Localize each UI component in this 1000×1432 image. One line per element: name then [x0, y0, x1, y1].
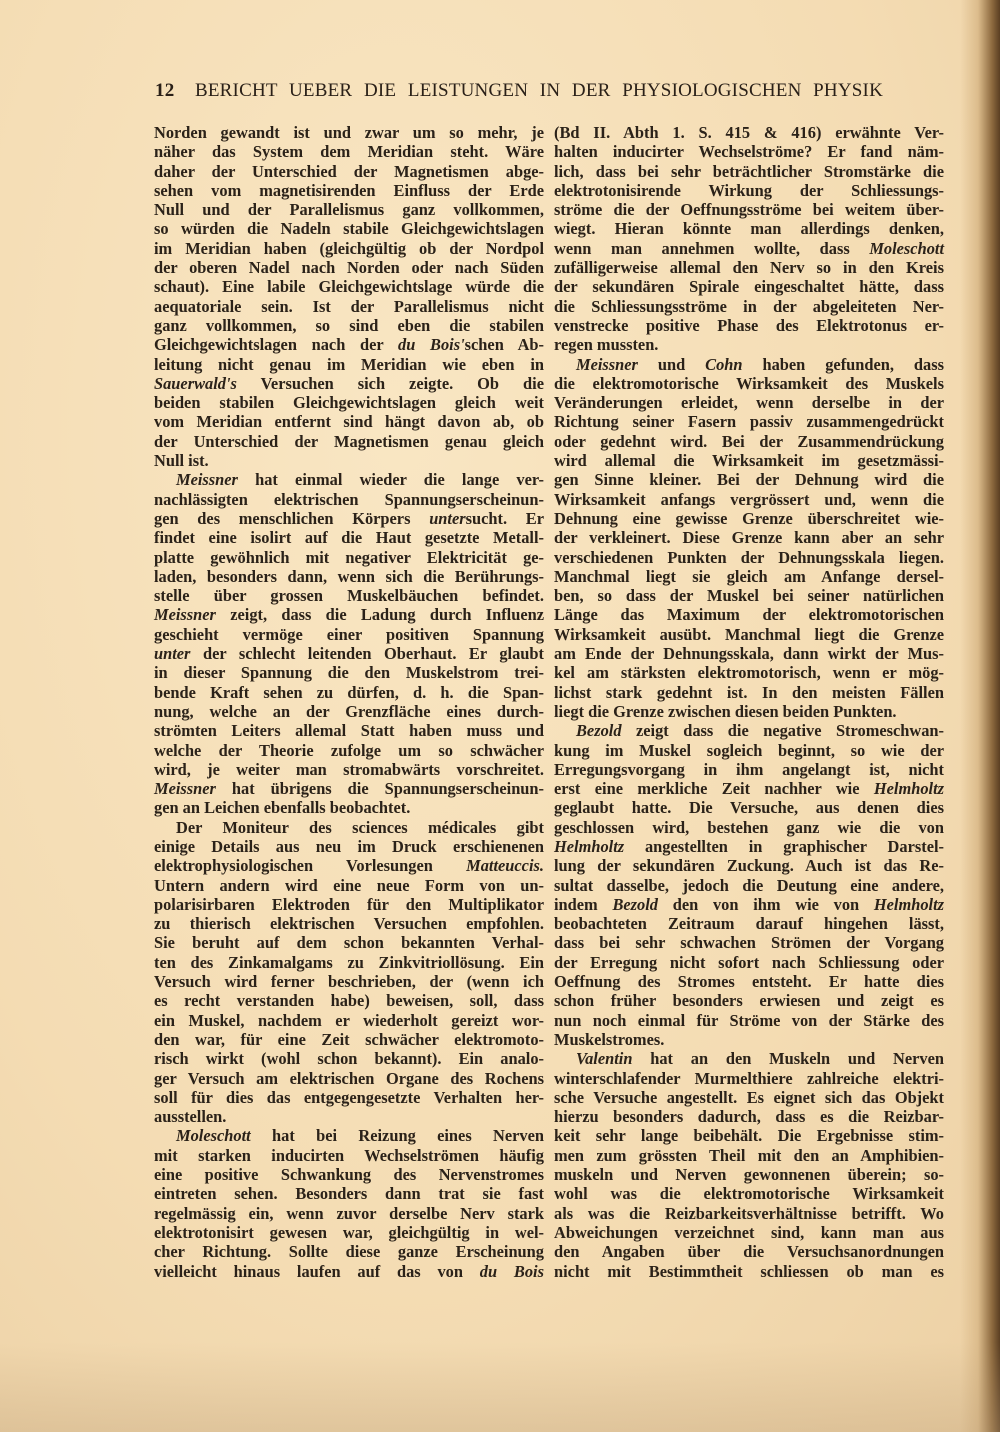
text-line: sultat dasselbe, jedoch die Deutung eine… — [554, 876, 944, 895]
text-line: Moleschott hat bei Reizung eines Nerven — [154, 1126, 544, 1145]
text-line: geschlossen wird, bestehen ganz wie die … — [554, 818, 944, 837]
text-line: Meissner hat übrigens die Spannungsersch… — [154, 779, 544, 798]
text-line: stelle über grossen Muskelbäuchen befind… — [154, 586, 544, 605]
text-line: Wirksamkeit ausübt. Manchmal liegt die G… — [554, 625, 944, 644]
text-line: Muskelstromes. — [554, 1030, 944, 1049]
text-line: Länge das Maximum der elektromotorischen — [554, 605, 944, 624]
page-bottom-shade — [0, 1342, 1000, 1432]
text-line: Helmholtz angestellten in graphischer Da… — [554, 837, 944, 856]
text-line: polarisirbaren Elektroden für den Multip… — [154, 895, 544, 914]
text-line: kung im Muskel sogleich beginnt, so wie … — [554, 741, 944, 760]
text-line: geglaubt hatte. Die Versuche, aus denen … — [554, 798, 944, 817]
text-line: ganz vollkommen, so sind eben die stabil… — [154, 316, 544, 335]
text-line: Sauerwald's Versuchen sich zeigte. Ob di… — [154, 374, 544, 393]
text-line: ein Muskel, nachdem er wiederholt gereiz… — [154, 1011, 544, 1030]
text-line: nicht mit Bestimmtheit schliessen ob man… — [554, 1262, 944, 1281]
text-line: strömten Leiters allemal Statt haben mus… — [154, 721, 544, 740]
text-line: gen des menschlichen Körpers untersucht.… — [154, 509, 544, 528]
text-line: leitung nicht genau im Meridian wie eben… — [154, 355, 544, 374]
text-line: Richtung seiner Fasern passiv zusammenge… — [554, 412, 944, 431]
text-line: Bezold zeigt dass die negative Stromesch… — [554, 721, 944, 740]
text-line: laden, besonders dann, wenn sich die Ber… — [154, 567, 544, 586]
text-line: der oberen Nadel nach Norden oder nach S… — [154, 258, 544, 277]
text-line: Norden gewandt ist und zwar um so mehr, … — [154, 123, 544, 142]
text-line: lung der sekundären Zuckung. Auch ist da… — [554, 856, 944, 875]
text-line: aequatoriale sein. Ist der Parallelismus… — [154, 297, 544, 316]
text-line: men zum grössten Theil mit den an Amphib… — [554, 1146, 944, 1165]
text-line: unter der schlecht leitenden Oberhaut. E… — [154, 644, 544, 663]
page-binding-edge — [960, 0, 1000, 1432]
text-line: daher der Unterschied der Magnetismen ab… — [154, 162, 544, 181]
text-line: kel am stärksten elektromotorisch, wenn … — [554, 663, 944, 682]
text-line: geschieht vermöge einer positiven Spannu… — [154, 625, 544, 644]
text-line: es recht verstanden habe) beweisen, soll… — [154, 991, 544, 1010]
text-line: im Meridian haben (gleichgültig ob der N… — [154, 239, 544, 258]
text-line: Null ist. — [154, 451, 544, 470]
text-line: den Angaben über die Versuchsanordnungen — [554, 1242, 944, 1261]
text-line: so würden die Nadeln stabile Gleichgewic… — [154, 219, 544, 238]
text-line: nun noch einmal für Ströme von der Stärk… — [554, 1011, 944, 1030]
text-line: wenn man annehmen wollte, dass Moleschot… — [554, 239, 944, 258]
text-line: schon früher besonders erwiesen und zeig… — [554, 991, 944, 1010]
text-line: die elektromotorische Wirksamkeit des Mu… — [554, 374, 944, 393]
text-line: verschiedenen Punkten der Dehnungsskala … — [554, 548, 944, 567]
text-line: einige Details aus neu im Druck erschien… — [154, 837, 544, 856]
text-line: beiden stabilen Gleichgewichtslagen glei… — [154, 393, 544, 412]
text-line: wird allemal die Wirksamkeit im gesetzmä… — [554, 451, 944, 470]
text-line: Der Moniteur des sciences médicales gibt — [154, 818, 544, 837]
text-line: oder gedehnt wird. Bei der Zusammendrück… — [554, 432, 944, 451]
text-line: platte gewöhnlich mit negativer Elektric… — [154, 548, 544, 567]
text-line: in dieser Spannung die den Muskelstrom t… — [154, 663, 544, 682]
text-line: wohl was die elektromotorische Wirksamke… — [554, 1184, 944, 1203]
text-line: nachlässigten elektrischen Spannungsersc… — [154, 490, 544, 509]
text-line: winterschlafender Murmelthiere zahlreich… — [554, 1069, 944, 1088]
text-line: venstrecke positive Phase des Elektroton… — [554, 316, 944, 335]
text-line: cher Richtung. Sollte diese ganze Ersche… — [154, 1242, 544, 1261]
text-line: den war, für eine Zeit schwächer elektro… — [154, 1030, 544, 1049]
text-line: elektrotonisirende Wirkung der Schliessu… — [554, 181, 944, 200]
text-line: gen an Leichen ebenfalls beobachtet. — [154, 798, 544, 817]
text-line: Meissner und Cohn haben gefunden, dass — [554, 355, 944, 374]
text-line: keit sehr lange beibehält. Die Ergebniss… — [554, 1126, 944, 1145]
text-line: Dehnung eine gewisse Grenze überschreite… — [554, 509, 944, 528]
text-line: wiegt. Hieran könnte man allerdings denk… — [554, 219, 944, 238]
text-line: gen Sinne kleiner. Bei der Dehnung wird … — [554, 470, 944, 489]
text-line: sche Versuche angestellt. Es eignet sich… — [554, 1088, 944, 1107]
text-line: nung, welche an der Grenzfläche eines du… — [154, 702, 544, 721]
text-line: eine positive Schwankung des Nervenstrom… — [154, 1165, 544, 1184]
text-line: beobachteten Zeitraum darauf hingehen lä… — [554, 914, 944, 933]
text-line: die Schliessungsströme in der abgeleitet… — [554, 297, 944, 316]
text-line: mit starken inducirten Wechselströmen hä… — [154, 1146, 544, 1165]
text-line: Veränderungen erleidet, wenn derselbe in… — [554, 393, 944, 412]
text-line: welche der Theorie zufolge um so schwäch… — [154, 741, 544, 760]
text-line: der Erregung nicht sofort nach Schliessu… — [554, 953, 944, 972]
text-line: erst eine merkliche Zeit nachher wie Hel… — [554, 779, 944, 798]
text-line: ger Versuch am elektrischen Organe des R… — [154, 1069, 544, 1088]
running-header: 12 BERICHT UEBER DIE LEISTUNGEN IN DER P… — [155, 80, 883, 102]
text-line: sehen vom magnetisirenden Einfluss der E… — [154, 181, 544, 200]
text-line: muskeln und Nerven gewonnenen überein; s… — [554, 1165, 944, 1184]
text-line: Manchmal liegt sie gleich am Anfange der… — [554, 567, 944, 586]
text-line: Erregungsvorgang in ihm angelangt ist, n… — [554, 760, 944, 779]
text-line: ströme die der Oeffnungsströme bei weite… — [554, 200, 944, 219]
text-line: ben, so dass der Muskel bei seiner natür… — [554, 586, 944, 605]
text-line: elektrotonisirt gewesen war, gleichgülti… — [154, 1223, 544, 1242]
text-line: näher das System dem Meridian steht. Wär… — [154, 142, 544, 161]
text-line: Valentin hat an den Muskeln und Nerven — [554, 1049, 944, 1068]
text-line: regelmässig ein, wenn zuvor derselbe Ner… — [154, 1204, 544, 1223]
text-line: zufälligerweise allemal den Nerv so in d… — [554, 258, 944, 277]
text-line: lichst stark gedehnt ist. In den meisten… — [554, 683, 944, 702]
text-line: Meissner zeigt, dass die Ladung durch In… — [154, 605, 544, 624]
text-line: Sie beruht auf dem schon bekannten Verha… — [154, 933, 544, 952]
text-line: Gleichgewichtslagen nach der du Bois'sch… — [154, 335, 544, 354]
text-line: der verkleinert. Diese Grenze kann aber … — [554, 528, 944, 547]
text-line: (Bd II. Abth 1. S. 415 & 416) erwähnte V… — [554, 123, 944, 142]
text-line: regen mussten. — [554, 335, 944, 354]
text-line: zu thierisch elektrischen Versuchen empf… — [154, 914, 544, 933]
text-line: vom Meridian entfernt sind hängt davon a… — [154, 412, 544, 431]
text-line: risch wirkt (wohl schon bekannt). Ein an… — [154, 1049, 544, 1068]
page-number: 12 — [155, 80, 195, 102]
text-line: wird, je weiter man stromabwärts vorschr… — [154, 760, 544, 779]
text-line: elektrophysiologischen Vorlesungen Matte… — [154, 856, 544, 875]
text-line: Oeffnung des Stromes entsteht. Er hatte … — [554, 972, 944, 991]
running-title: BERICHT UEBER DIE LEISTUNGEN IN DER PHYS… — [195, 80, 883, 102]
text-line: halten inducirter Wechselströme? Er fand… — [554, 142, 944, 161]
text-line: der Unterschied der Magnetismen genau gl… — [154, 432, 544, 451]
text-line: als was die Reizbarkeitsverhältnisse bet… — [554, 1204, 944, 1223]
text-line: Abweichungen verzeichnet sind, kann man … — [554, 1223, 944, 1242]
text-line: soll für dies das entgegengesetzte Verha… — [154, 1088, 544, 1107]
text-line: Untern andern wird eine neue Form von un… — [154, 876, 544, 895]
text-line: am Ende der Dehnungsskala, dann wirkt de… — [554, 644, 944, 663]
text-line: eintreten sehen. Besonders dann trat sie… — [154, 1184, 544, 1203]
text-line: liegt die Grenze zwischen diesen beiden … — [554, 702, 944, 721]
text-line: ausstellen. — [154, 1107, 544, 1126]
left-column: Norden gewandt ist und zwar um so mehr, … — [154, 123, 544, 1281]
text-line: bende Kraft sehen zu dürfen, d. h. die S… — [154, 683, 544, 702]
text-line: indem Bezold den von ihm wie von Helmhol… — [554, 895, 944, 914]
text-line: schaut). Eine labile Gleichgewichtslage … — [154, 277, 544, 296]
text-line: Meissner hat einmal wieder die lange ver… — [154, 470, 544, 489]
text-line: der sekundären Spirale eingeschaltet hät… — [554, 277, 944, 296]
text-line: lich, dass bei sehr beträchtlicher Strom… — [554, 162, 944, 181]
text-line: hierzu besonders dadurch, dass es die Re… — [554, 1107, 944, 1126]
text-line: Wirksamkeit anfangs vergrössert und, wen… — [554, 490, 944, 509]
text-line: dass bei sehr schwachen Strömen der Vorg… — [554, 933, 944, 952]
text-line: Versuch wird ferner beschrieben, der (we… — [154, 972, 544, 991]
right-column: (Bd II. Abth 1. S. 415 & 416) erwähnte V… — [554, 123, 944, 1281]
text-line: findet eine isolirt auf die Haut gesetzt… — [154, 528, 544, 547]
text-line: Null und der Parallelismus ganz vollkomm… — [154, 200, 544, 219]
text-line: vielleicht hinaus laufen auf das von du … — [154, 1262, 544, 1281]
text-line: ten des Zinkamalgams zu Zinkvitriollösun… — [154, 953, 544, 972]
